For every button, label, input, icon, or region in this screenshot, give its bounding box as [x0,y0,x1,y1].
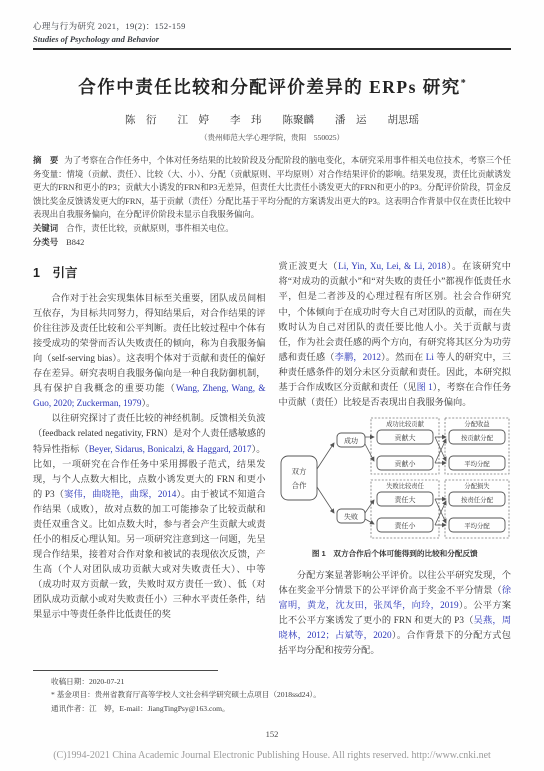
cooperation-flow-diagram: 双方 合作 成功 失败 成功比较贡献 贡献大 贡献小 [279,416,511,540]
arrow-contribution-small-to-by-contribution [435,439,446,463]
body-columns: 1 引言 合作对于社会实现集体目标至关重要，团队成员间相互依存，为目标共同努力，… [33,259,511,658]
node-success-label: 成功 [344,436,358,445]
intro-paragraph-2: 以往研究探讨了责任比较的神经机制。反馈相关负波（feedback related… [33,411,266,622]
intro-paragraph-4: 分配方案显著影响公平评价。以往公平研究发现，个体在奖金平分情景下的公平评价高于奖… [279,568,512,658]
arrow-root-to-failure [317,487,334,513]
node-by-contribution-label: 按贡献分配 [461,433,494,442]
body-text: ）。在该研究中将“对成功的贡献小”和“对失败的责任小”都视作低责任水平，但是二者… [279,261,512,361]
header-rule [33,48,511,50]
journal-name-en: Studies of Psychology and Behavior [33,34,511,44]
node-equal-loss-label: 平均分配 [464,521,490,530]
keywords-text: 合作，责任比较，贡献原则，事件相关电位。 [66,224,234,233]
footnote-received-date: 收稿日期：2020-07-21 [33,675,511,688]
footnote-funding: * 基金项目：贵州省教育厅高等学校人文社会科学研究硕士点项目（2018ssd24… [33,688,511,701]
arrow-failure-to-responsibility-large [365,500,374,513]
keywords-label: 关键词 [33,224,58,233]
classification-label: 分类号 [33,238,58,247]
group-failure-comparison-label: 失败比较责任 [386,481,424,490]
paper-page: 心理与行为研究 2021，19(2)：152-159 Studies of Ps… [0,0,544,771]
node-contribution-large-label: 贡献大 [394,433,415,442]
cnki-copyright-line: (C)1994-2021 China Academic Journal Elec… [0,750,544,761]
body-text: 合作对于社会实现集体目标至关重要，团队成员间相互依存，为目标共同努力，得知结果后… [33,293,266,393]
node-cooperation-line1: 双方 [291,466,306,476]
figure-1-caption: 图 1 双方合作后个体可能得到的比较和分配反馈 [279,548,512,560]
abstract-label: 摘 要 [33,156,58,165]
figure-1-diagram: 双方 合作 成功 失败 成功比较贡献 贡献大 贡献小 [279,416,512,545]
journal-header: 心理与行为研究 2021，19(2)：152-159 Studies of Ps… [33,20,511,50]
arrow-responsibility-large-to-equal-loss [435,499,446,523]
arrow-success-to-contribution-small [365,444,374,461]
arrow-failure-to-responsibility-small [365,519,374,524]
paper-title-text: 合作中责任比较和分配评价差异的 ERPs 研究 [78,77,461,97]
node-by-responsibility-label: 按责任分配 [461,495,494,504]
citation-text: Li, Yin, Xu, Lei, & Li, 2018 [338,261,446,271]
citation-text: Beyer, Sidarus, Bonicalzi, & Haggard, 20… [89,444,252,454]
node-responsibility-small-label: 责任小 [394,521,416,530]
intro-paragraph-3: 赏正波更大（Li, Yin, Xu, Lei, & Li, 2018）。在该研究… [279,259,512,410]
arrow-root-to-success [317,443,334,469]
intro-paragraph-1: 合作对于社会实现集体目标至关重要，团队成员间相互依存，为目标共同努力，得知结果后… [33,291,266,412]
citation-text: Li [426,352,434,362]
body-text: 赏正波更大（ [279,261,339,271]
arrow-contribution-large-to-equal-gain [435,437,446,461]
citation-text: 李鹏，2012 [335,352,381,362]
arrow-responsibility-small-to-by-responsibility [435,501,446,525]
journal-name-cn: 心理与行为研究 2021，19(2)：152-159 [33,20,511,32]
page-number: 152 [0,729,544,739]
body-text: ）。然而在 [381,352,426,362]
abstract-text: 为了考察在合作任务中，个体对任务结果的比较阶段及分配阶段的脑电变化，本研究采用事… [33,156,511,219]
footnote-correspondence: 通讯作者：江 婷，E-mail：JiangTingPsy@163.com。 [33,702,511,715]
body-text: ）。由于被试不知道合作结果（成败），故对点数的加工可能掺杂了比较贡献和责任双重含… [33,489,266,620]
citation-text: 图 1 [417,382,433,392]
classification-line: 分类号B842 [33,236,511,250]
node-failure-label: 失败 [344,512,358,521]
paper-title: 合作中责任比较和分配评价差异的 ERPs 研究* [33,74,511,99]
node-contribution-small-label: 贡献小 [394,459,416,468]
affiliation-line: （贵州师范大学心理学院，贵阳 550025） [33,132,511,143]
group-gain-allocation-label: 分配收益 [464,419,490,428]
citation-text: 窦伟，曲晓艳，曲琛，2014 [64,489,176,499]
body-text: 分配方案显著影响公平评价。以往公平研究发现，个体在奖金平分情景下的公平评价高于奖… [279,570,512,595]
node-cooperation-box [281,456,317,500]
keywords-line: 关键词合作，责任比较，贡献原则，事件相关电位。 [33,222,511,236]
footnote-block: 收稿日期：2020-07-21 * 基金项目：贵州省教育厅高等学校人文社会科学研… [33,670,511,715]
title-asterisk: * [461,78,466,89]
abstract-block: 摘 要为了考察在合作任务中，个体对任务结果的比较阶段及分配阶段的脑电变化，本研究… [33,154,511,222]
left-column: 1 引言 合作对于社会实现集体目标至关重要，团队成员间相互依存，为目标共同努力，… [33,259,266,658]
authors-line: 陈 衍 江 婷 李 玮 陈聚麟 潘 运 胡思瑶 [33,112,511,127]
node-cooperation-line2: 合作 [291,480,306,490]
body-text: ）。 [141,398,155,408]
group-loss-allocation-label: 分配损失 [464,481,490,490]
node-responsibility-large-label: 责任大 [394,495,415,504]
classification-text: B842 [66,238,84,247]
section-heading-introduction: 1 引言 [33,263,266,284]
node-equal-gain-label: 平均分配 [464,459,490,468]
group-success-comparison-label: 成功比较贡献 [386,419,424,428]
footnote-rule [33,670,218,671]
right-column: 赏正波更大（Li, Yin, Xu, Lei, & Li, 2018）。在该研究… [279,259,512,658]
